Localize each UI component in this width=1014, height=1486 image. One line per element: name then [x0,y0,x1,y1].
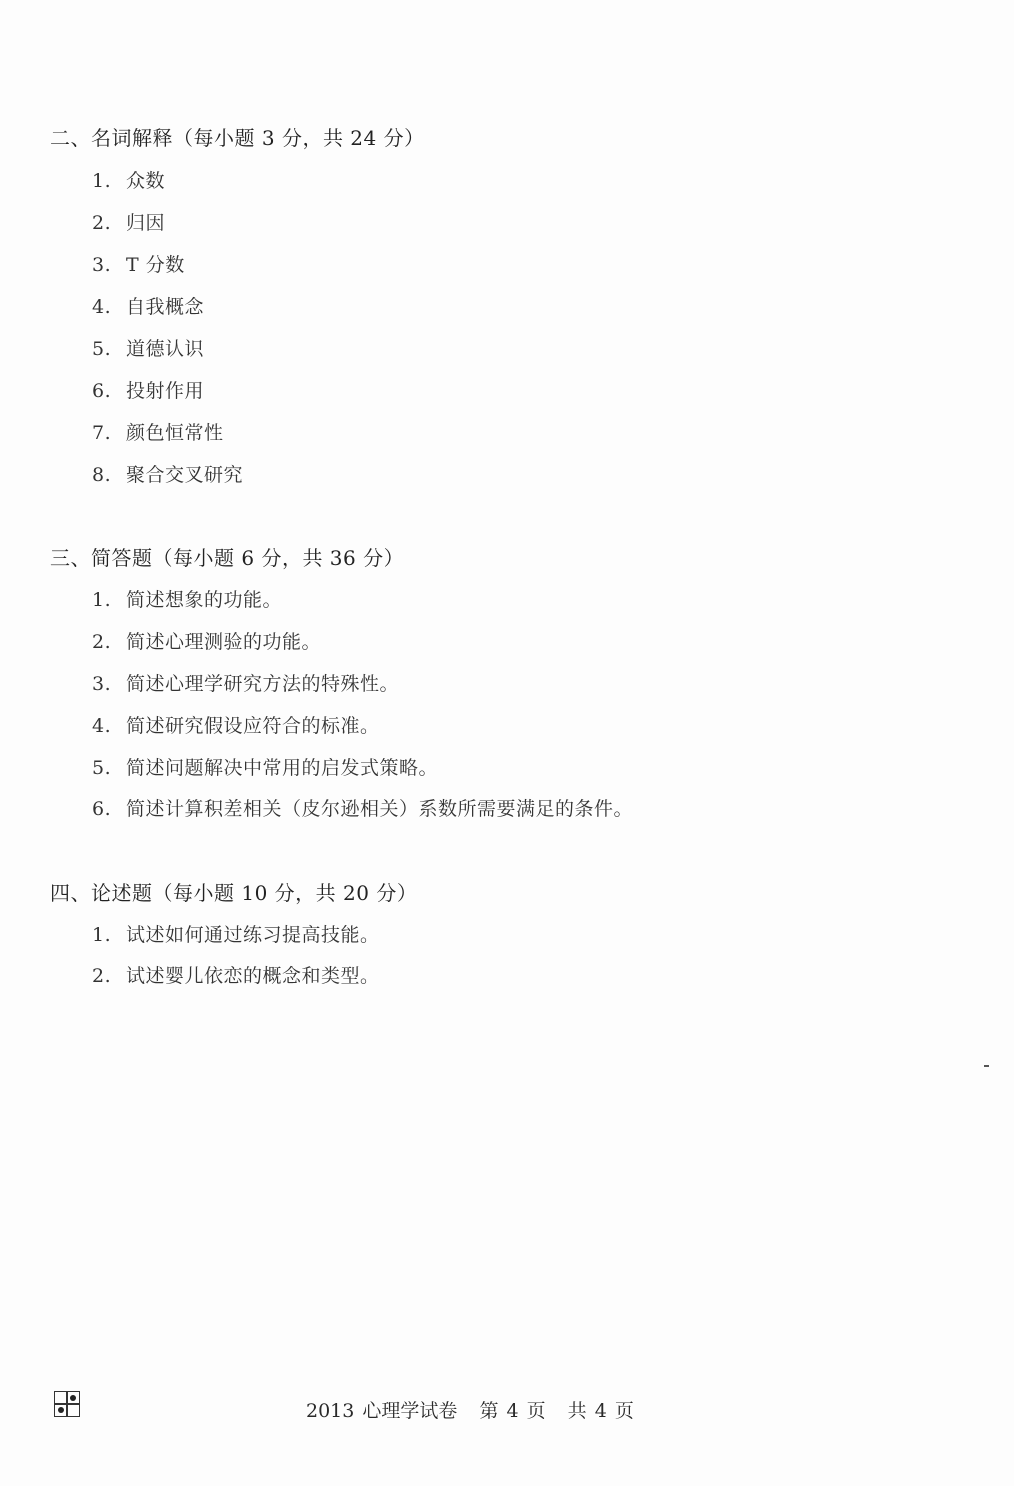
item-number: 8. [92,464,126,486]
section-2-heading: 二、名词解释（每小题 3 分，共 24 分） [50,122,425,151]
item-text: 聚合交叉研究 [126,464,243,486]
page-current: 第 4 页 [479,1400,545,1422]
exam-title: 2013 心理学试卷 [306,1400,457,1422]
item-number: 1. [92,170,126,192]
list-item: 1.试述如何通过练习提高技能。 [92,920,380,947]
item-text: 归因 [126,212,165,234]
item-number: 2. [92,965,126,987]
item-number: 7. [92,422,126,444]
list-item: 6.简述计算积差相关（皮尔逊相关）系数所需要满足的条件。 [92,794,633,821]
item-text: 简述心理学研究方法的特殊性。 [126,673,399,695]
item-text: T 分数 [126,254,185,276]
list-item: 2.归因 [92,208,165,235]
item-number: 4. [92,715,126,737]
item-text: 简述问题解决中常用的启发式策略。 [126,757,438,779]
item-number: 3. [92,673,126,695]
list-item: 6.投射作用 [92,376,204,403]
list-item: 3.T 分数 [92,250,185,277]
list-item: 2.简述心理测验的功能。 [92,627,321,654]
item-number: 5. [92,338,126,360]
item-number: 1. [92,589,126,611]
list-item: 4.简述研究假设应符合的标准。 [92,711,380,738]
item-number: 6. [92,798,126,820]
list-item: 5.道德认识 [92,334,204,361]
item-text: 自我概念 [126,296,204,318]
list-item: 4.自我概念 [92,292,204,319]
item-text: 道德认识 [126,338,204,360]
section-4-heading: 四、论述题（每小题 10 分，共 20 分） [50,877,417,906]
item-text: 颜色恒常性 [126,422,224,444]
page-footer: 2013 心理学试卷 第 4 页 共 4 页 [306,1396,648,1423]
list-item: 8.聚合交叉研究 [92,460,243,487]
item-number: 1. [92,924,126,946]
item-text: 试述婴儿依恋的概念和类型。 [126,965,380,987]
item-number: 5. [92,757,126,779]
item-text: 试述如何通过练习提高技能。 [126,924,380,946]
list-item: 1.众数 [92,166,165,193]
item-number: 2. [92,212,126,234]
item-number: 6. [92,380,126,402]
scan-speck [984,1065,989,1067]
item-number: 4. [92,296,126,318]
list-item: 3.简述心理学研究方法的特殊性。 [92,669,399,696]
list-item: 1.简述想象的功能。 [92,585,282,612]
list-item: 7.颜色恒常性 [92,418,224,445]
page-total: 共 4 页 [568,1400,634,1422]
item-text: 简述想象的功能。 [126,589,282,611]
item-text: 投射作用 [126,380,204,402]
registration-mark-icon [54,1391,80,1417]
item-text: 简述研究假设应符合的标准。 [126,715,380,737]
item-text: 众数 [126,170,165,192]
list-item: 2.试述婴儿依恋的概念和类型。 [92,961,380,988]
item-text: 简述计算积差相关（皮尔逊相关）系数所需要满足的条件。 [126,798,633,820]
section-3-heading: 三、简答题（每小题 6 分，共 36 分） [50,542,404,571]
item-number: 2. [92,631,126,653]
item-text: 简述心理测验的功能。 [126,631,321,653]
list-item: 5.简述问题解决中常用的启发式策略。 [92,753,438,780]
item-number: 3. [92,254,126,276]
